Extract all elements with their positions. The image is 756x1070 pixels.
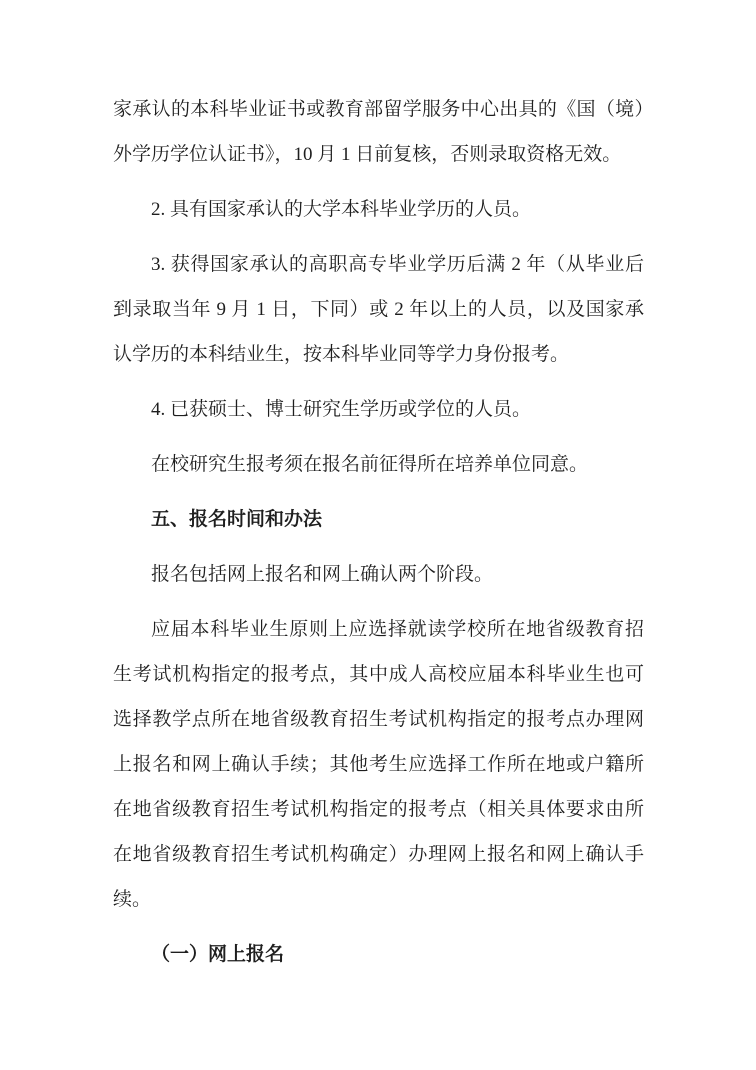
numbered-item-4: 4. 已获硕士、博士研究生学历或学位的人员。	[113, 387, 644, 432]
document-page: 家承认的本科毕业证书或教育部留学服务中心出具的《国（境）外学历学位认证书》，10…	[0, 0, 756, 1070]
numbered-item-3: 3. 获得国家承认的高职高专毕业学历后满 2 年（从毕业后到录取当年 9 月 1…	[113, 242, 644, 377]
numbered-item-2: 2. 具有国家承认的大学本科毕业学历的人员。	[113, 187, 644, 232]
paragraph-intro: 报名包括网上报名和网上确认两个阶段。	[113, 552, 644, 597]
paragraph-exam-site-selection: 应届本科毕业生原则上应选择就读学校所在地省级教育招生考试机构指定的报考点，其中成…	[113, 607, 644, 922]
section-heading-registration-time-method: 五、报名时间和办法	[113, 497, 644, 542]
paragraph-note: 在校研究生报考须在报名前征得所在培养单位同意。	[113, 442, 644, 487]
paragraph-continuation: 家承认的本科毕业证书或教育部留学服务中心出具的《国（境）外学历学位认证书》，10…	[113, 87, 644, 177]
subsection-heading-online-registration: （一）网上报名	[113, 932, 644, 977]
